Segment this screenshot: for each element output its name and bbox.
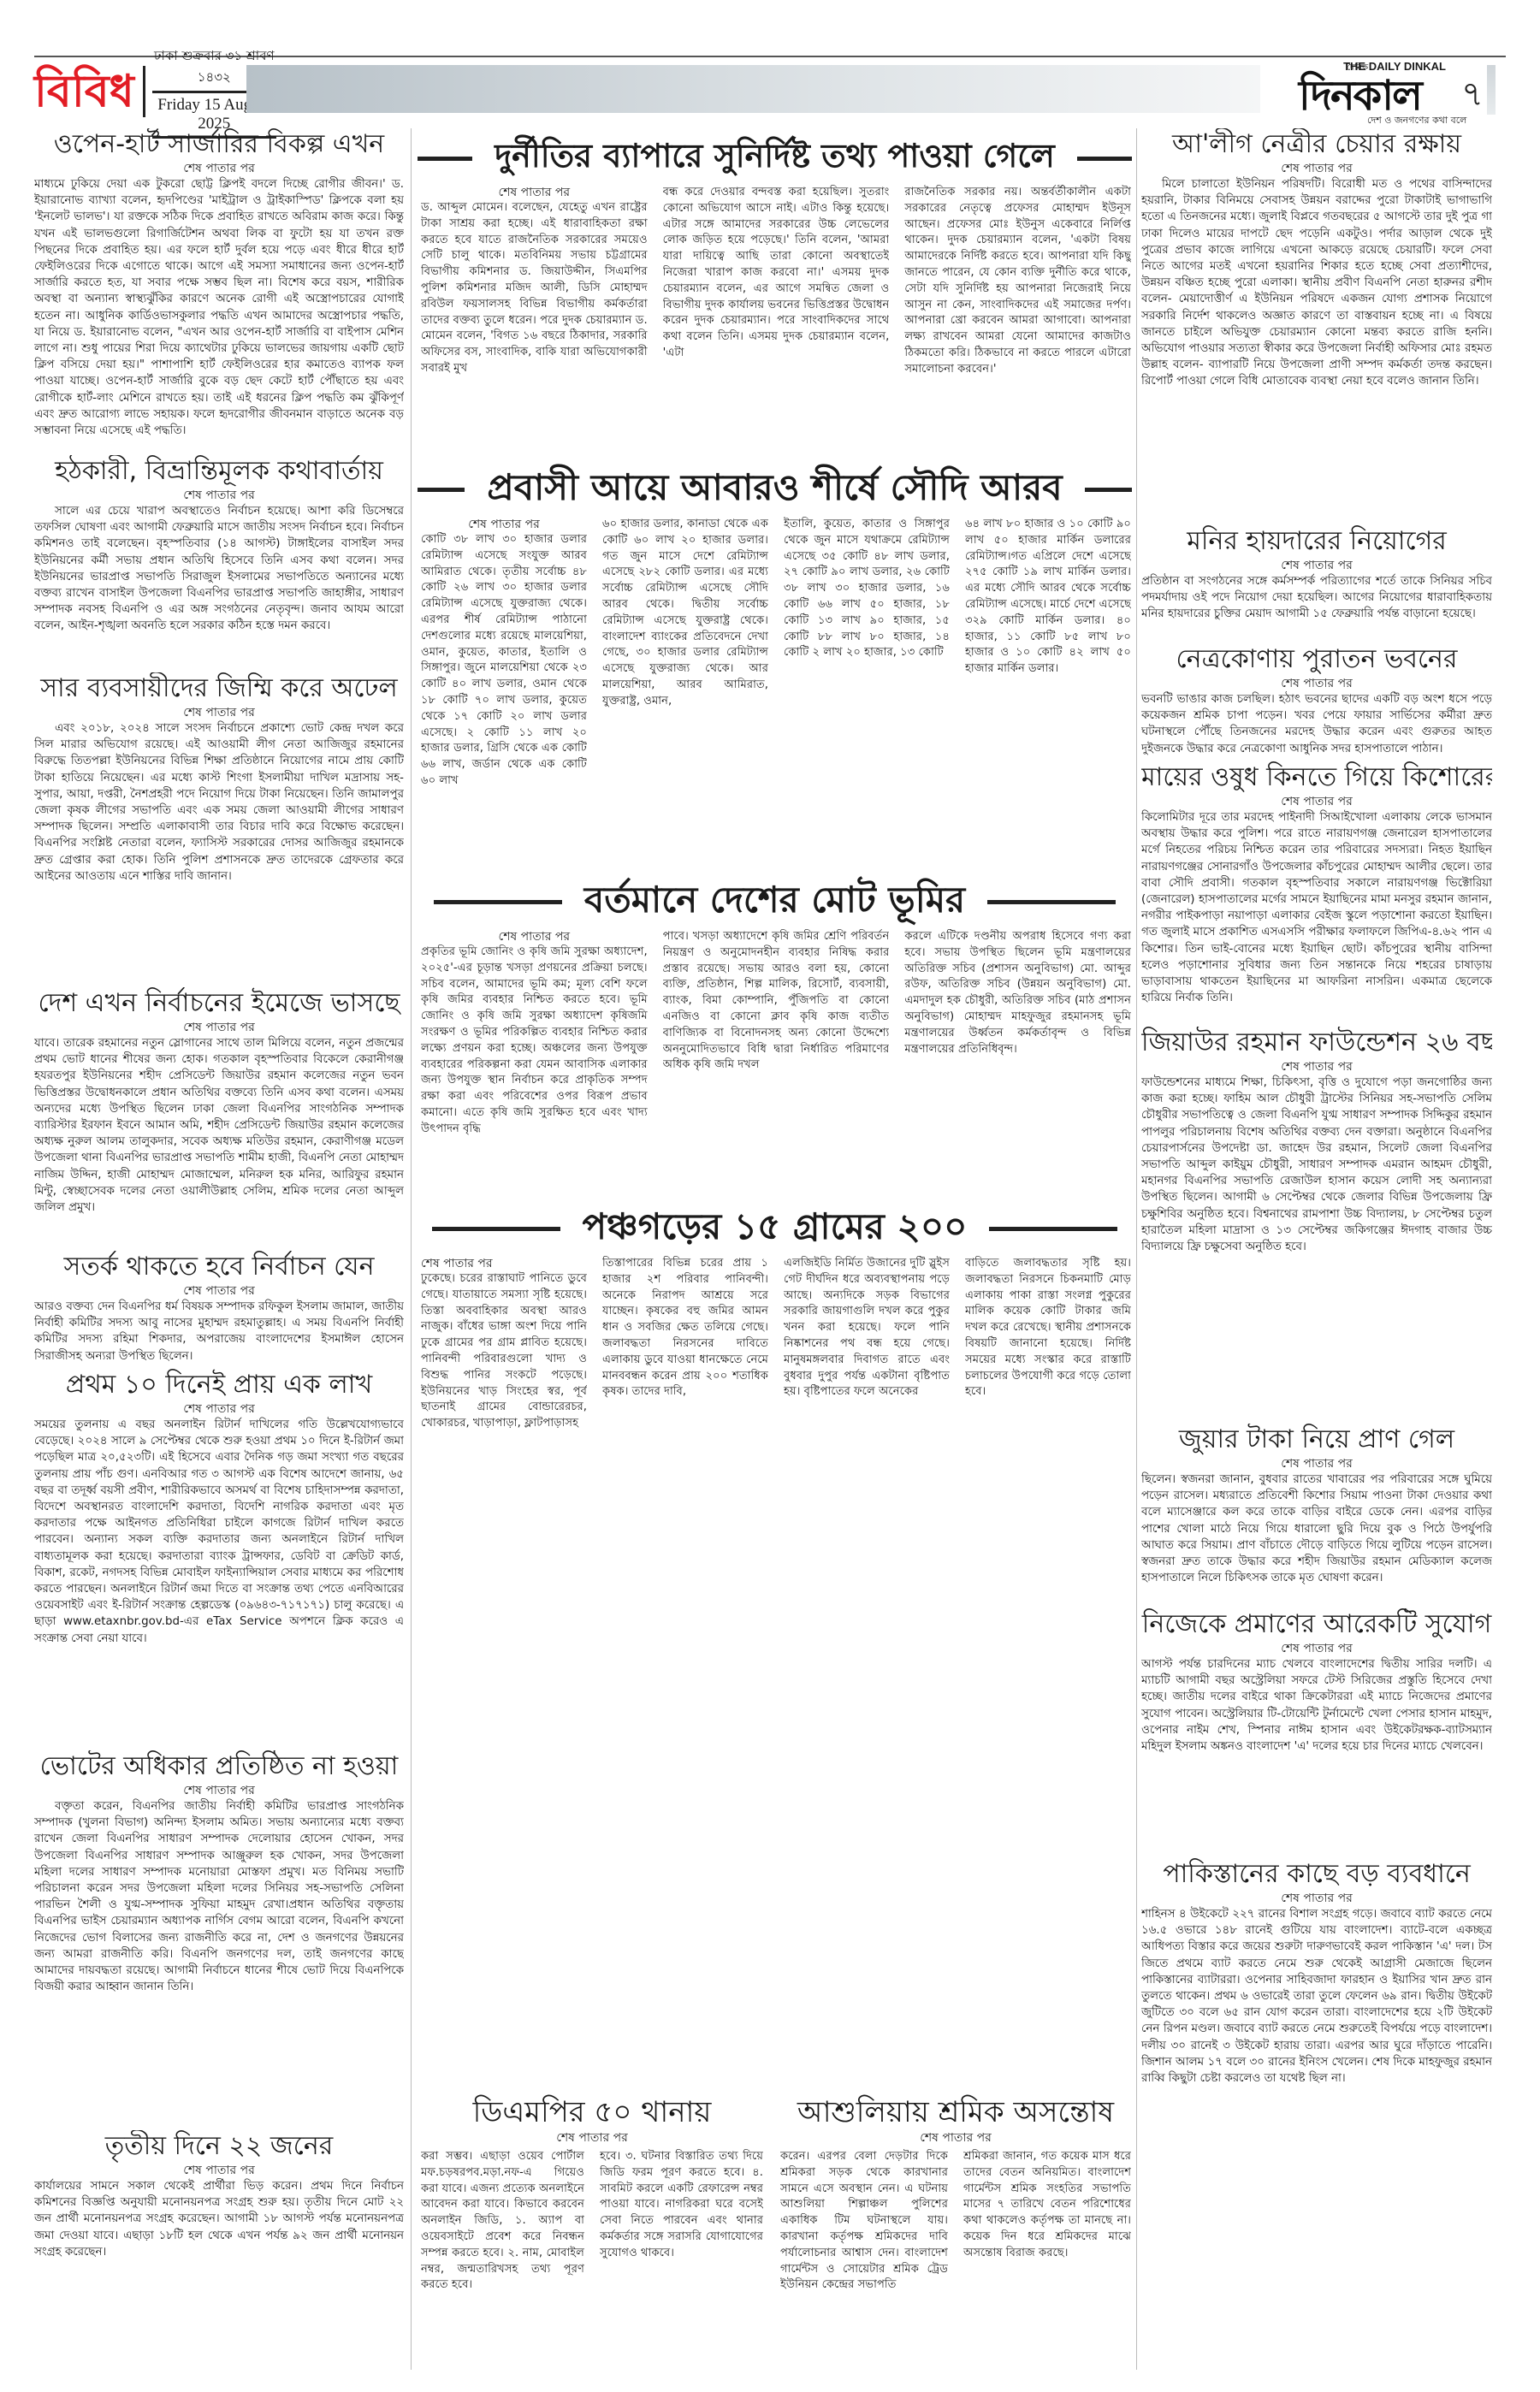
headline-panchagarh: পঞ্চগড়ের ১৫ গ্রামের ২০০ — [418, 1208, 1132, 1249]
continued-label: শেষ পাতার পর — [1141, 676, 1492, 691]
continued-label: শেষ পাতার পর — [780, 2130, 1131, 2146]
article-open-heart: ওপেন-হার্ট সার্জারির বিকল্প এখন শেষ পাতা… — [34, 128, 404, 452]
continued-label: শেষ পাতার পর — [1141, 1891, 1492, 1906]
rule — [434, 900, 562, 904]
continued-label: শেষ পাতার পর — [1141, 558, 1492, 573]
article-text: করা সম্ভব। এছাড়া ওয়েব পোর্টাল মফ.চড়ষর… — [421, 2149, 584, 2363]
newspaper-page: বিবিধ ঢাকা শুক্রবার ৩১ শ্রাবণ ১৪৩২ Frida… — [0, 0, 1540, 2392]
article-text: ড. আব্দুল মোমেন। বলেছেন, যেহেতু এখন রাষ্… — [421, 200, 648, 447]
headline: মায়ের ওষুধ কিনতে গিয়ে কিশোরের — [1141, 761, 1492, 794]
article-third-day: তৃতীয় দিনে ২২ জনের শেষ পাতার পর কার্যাল… — [34, 2130, 404, 2294]
article-first-10-days: প্রথম ১০ দিনেই প্রায় এক লাখ শেষ পাতার প… — [34, 1369, 404, 1747]
rule — [987, 900, 1116, 904]
article-column: শেষ পাতার পর প্রকৃতির ভূমি জোনিং ও কৃষি … — [421, 929, 648, 1194]
headline: ভোটের অধিকার প্রতিষ্ঠিত না হওয়া — [34, 1750, 404, 1783]
article-text: বাড়িতে জলাবদ্ধতার সৃষ্টি হয়। জলাবদ্ধতা… — [965, 1256, 1131, 2086]
article-body: সময়ের তুলনায় এ বছর অনলাইন রিটার্ন দাখি… — [34, 1417, 404, 1747]
headline: প্রবাসী আয়ে আবারও শীর্ষে সৌদি আরব — [465, 459, 1084, 520]
headline: দুর্নীতির ব্যাপারে সুনির্দিষ্ট তথ্য পাওয… — [472, 131, 1077, 186]
continued-label: শেষ পাতার পর — [1141, 1641, 1492, 1656]
section-title: বিবিধ — [34, 66, 145, 117]
article-text: ইতালি, কুয়েত, কাতার ও সিঙ্গাপুর থেকে জু… — [784, 517, 950, 867]
article-panchagarh: শেষ পাতার পর ঢুকেছে। চরের রাস্তাঘাট পানি… — [421, 1256, 1131, 2086]
article-columns: করেন। এরপর বেলা দেড়টার দিকে শ্রমিকরা সড… — [780, 2149, 1131, 2363]
masthead-left: বিবিধ ঢাকা শুক্রবার ৩১ শ্রাবণ ১৪৩২ Frida… — [34, 62, 276, 121]
article-body: এবং ২০১৮, ২০২৪ সালে সংসদ নির্বাচনে প্রকা… — [34, 720, 404, 984]
article-be-alert: সতর্ক থাকতে হবে নির্বাচন যেন শেষ পাতার প… — [34, 1251, 404, 1365]
continued-label: শেষ পাতার পর — [34, 1401, 404, 1417]
article-ashulia: আশুলিয়ায় শ্রমিক অসন্তোষ শেষ পাতার পর ক… — [780, 2094, 1131, 2363]
article-gambling-death: জুয়ার টাকা নিয়ে প্রাণ গেল শেষ পাতার পর… — [1141, 1424, 1492, 1605]
article-column: শেষ পাতার পর ঢুকেছে। চরের রাস্তাঘাট পানি… — [421, 1256, 587, 2086]
headline: আ'লীগ নেত্রীর চেয়ার রক্ষায় — [1141, 128, 1492, 161]
article-dmp: ডিএমপির ৫০ থানায় শেষ পাতার পর করা সম্ভব… — [421, 2094, 763, 2363]
headline: বর্তমানে দেশের মোট ভূমির — [562, 872, 987, 933]
article-teen-medicine: মায়ের ওষুধ কিনতে গিয়ে কিশোরের শেষ পাতা… — [1141, 761, 1492, 1023]
continued-label: শেষ পাতার পর — [1141, 794, 1492, 809]
headline: দেশ এখন নির্বাচনের ইমেজে ভাসছে — [34, 987, 404, 1020]
headline: জিয়াউর রহমান ফাউন্ডেশন ২৬ বছর — [1141, 1027, 1492, 1059]
article-reckless-talk: হঠকারী, বিভ্রান্তিমূলক কথাবার্তায় শেষ প… — [34, 455, 404, 669]
article-body: ফাউন্ডেশনের মাধ্যমে শিক্ষা, চিকিৎসা, বৃত… — [1141, 1075, 1492, 1420]
brand-tagline: দেশ ও জনগণের কথা বলে — [1367, 113, 1466, 129]
article-text: করেন। এরপর বেলা দেড়টার দিকে শ্রমিকরা সড… — [780, 2149, 948, 2363]
article-body: কার্যালয়ের সামনে সকাল থেকেই প্রার্থীরা … — [34, 2178, 404, 2294]
continued-label: শেষ পাতার পর — [1141, 1059, 1492, 1075]
continued-label: শেষ পাতার পর — [34, 1283, 404, 1299]
article-corruption: শেষ পাতার পর ড. আব্দুল মোমেন। বলেছেন, যে… — [421, 185, 1131, 450]
article-column: শেষ পাতার পর কোটি ৩৮ লাখ ৩০ হাজার ডলার র… — [421, 517, 587, 867]
rule — [1085, 488, 1132, 492]
rule — [989, 1227, 1117, 1231]
article-column: শেষ পাতার পর ড. আব্দুল মোমেন। বলেছেন, যে… — [421, 185, 648, 450]
continued-label: শেষ পাতার পর — [34, 1783, 404, 1798]
article-text: এলজিইডি নির্মিত উজানের দুটি স্লুইস গেট দ… — [784, 1256, 950, 2086]
page-number: ৭ — [1461, 67, 1484, 124]
rule — [418, 157, 472, 161]
continued-label: শেষ পাতার পর — [421, 929, 648, 944]
article-columns: করা সম্ভব। এছাড়া ওয়েব পোর্টাল মফ.চড়ষর… — [421, 2149, 763, 2363]
article-body: প্রতিষ্ঠান বা সংগঠনের সঙ্গে কর্মসম্পর্ক … — [1141, 573, 1492, 640]
headline-remittance: প্রবাসী আয়ে আবারও শীর্ষে সৌদি আরব — [418, 469, 1132, 510]
article-body: মাধ্যমে ঢুকিয়ে দেয়া এক টুকরো ছোট্ট ক্ল… — [34, 176, 404, 452]
continued-label: শেষ পাতার পর — [1141, 161, 1492, 176]
headline: তৃতীয় দিনে ২২ জনের — [34, 2130, 404, 2163]
continued-label: শেষ পাতার পর — [34, 1020, 404, 1035]
rule — [1077, 157, 1132, 161]
article-text: ৬৪ লাখ ৮০ হাজার ও ১০ কোটি ৯০ লাখ ৫০ হাজা… — [965, 517, 1131, 867]
article-netrokona-building: নেত্রকোণায় পুরাতন ভবনের শেষ পাতার পর ভব… — [1141, 643, 1492, 758]
article-land: শেষ পাতার পর প্রকৃতির ভূমি জোনিং ও কৃষি … — [421, 929, 1131, 1194]
rule — [418, 488, 465, 492]
continued-label: শেষ পাতার পর — [34, 705, 404, 720]
article-text: বন্ধ করে দেওয়ার বন্দবস্ত করা হয়েছিল। স… — [663, 185, 890, 450]
continued-label: শেষ পাতার পর — [34, 2163, 404, 2178]
article-body: সালে এর চেয়ে খারাপ অবস্থাতেও নির্বাচন হ… — [34, 503, 404, 669]
rule — [432, 1227, 560, 1231]
headline: হঠকারী, বিভ্রান্তিমূলক কথাবার্তায় — [34, 455, 404, 488]
continued-label: শেষ পাতার পর — [34, 488, 404, 503]
headline: প্রথম ১০ দিনেই প্রায় এক লাখ — [34, 1369, 404, 1401]
article-body: কিলোমিটার দূরে তার মরদেহ পাইনাদী সিআইখোল… — [1141, 809, 1492, 1023]
article-zia-foundation: জিয়াউর রহমান ফাউন্ডেশন ২৬ বছর শেষ পাতার… — [1141, 1027, 1492, 1420]
article-al-leader-chair: আ'লীগ নেত্রীর চেয়ার রক্ষায় শেষ পাতার প… — [1141, 128, 1492, 522]
headline: নিজেকে প্রমাণের আরেকটি সুযোগ — [1141, 1608, 1492, 1641]
continued-label: শেষ পাতার পর — [421, 185, 648, 200]
continued-label: শেষ পাতার পর — [421, 2130, 763, 2146]
headline-corruption: দুর্নীতির ব্যাপারে সুনির্দিষ্ট তথ্য পাওয… — [418, 140, 1132, 176]
article-fertilizer-traders: সার ব্যবসায়ীদের জিম্মি করে অঢেল শেষ পাত… — [34, 672, 404, 984]
article-body: যাবে। তারেক রহমানের নতুন স্লোগানের সাথে … — [34, 1035, 404, 1247]
continued-label: শেষ পাতার পর — [1141, 1456, 1492, 1471]
continued-label: শেষ পাতার পর — [421, 1256, 587, 1271]
article-voting-rights: ভোটের অধিকার প্রতিষ্ঠিত না হওয়া শেষ পাত… — [34, 1750, 404, 2127]
column-divider — [411, 128, 412, 2370]
article-text: হবে। ৩. ঘটনার বিস্তারিত তথ্য দিয়ে জিডি … — [600, 2149, 763, 2363]
continued-label: শেষ পাতার পর — [34, 161, 404, 176]
article-text: করলে এটিকে দণ্ডনীয় অপরাধ হিসেবে গণ্য কর… — [904, 929, 1131, 1194]
headline: মনির হায়দারের নিয়োগের — [1141, 525, 1492, 558]
article-text: ঢুকেছে। চরের রাস্তাঘাট পানিতে ডুবে গেছে।… — [421, 1271, 587, 2082]
article-body: আগস্ট পর্যন্ত চারদিনের ম্যাচ খেলবে বাংলা… — [1141, 1656, 1492, 1855]
article-body: মিলে চালাতো ইউনিয়ন পরিষদটি। বিরোধী মত ও… — [1141, 176, 1492, 522]
headline: পাকিস্তানের কাছে বড় ব্যবধানে — [1141, 1858, 1492, 1891]
article-body: বক্তৃতা করেন, বিএনপির জাতীয় নির্বাহী কম… — [34, 1798, 404, 2127]
right-column: আ'লীগ নেত্রীর চেয়ার রক্ষায় শেষ পাতার প… — [1141, 128, 1492, 2370]
headline: সতর্ক থাকতে হবে নির্বাচন যেন — [34, 1251, 404, 1283]
article-body: আরও বক্তব্য দেন বিএনপির ধর্ম বিষয়ক সম্প… — [34, 1299, 404, 1365]
article-monir-haider: মনির হায়দারের নিয়োগের শেষ পাতার পর প্র… — [1141, 525, 1492, 640]
headline-land: বর্তমানে দেশের মোট ভূমির — [418, 881, 1132, 922]
article-text: কোটি ৩৮ লাখ ৩০ হাজার ডলার রেমিট্যান্স এস… — [421, 532, 587, 864]
article-remittance: শেষ পাতার পর কোটি ৩৮ লাখ ৩০ হাজার ডলার র… — [421, 517, 1131, 867]
article-text: পাবে। খসড়া অধ্যাদেশে কৃষি জমির শ্রেণি প… — [663, 929, 890, 1194]
article-pakistan-margin: পাকিস্তানের কাছে বড় ব্যবধানে শেষ পাতার … — [1141, 1858, 1492, 2368]
article-text: ৬০ হাজার ডলার, কানাডা থেকে এক কোটি ৬০ লা… — [602, 517, 768, 867]
article-body: ছিলেন। স্বজনরা জানান, বুধবার রাতের খাবার… — [1141, 1471, 1492, 1605]
headline: সার ব্যবসায়ীদের জিম্মি করে অঢেল — [34, 672, 404, 705]
article-text: প্রকৃতির ভূমি জোনিং ও কৃষি জমি সুরক্ষা অ… — [421, 944, 648, 1191]
masthead-brand: দৈনিক THE DAILY DINKAL দিনকাল দেশ ও জনগণ… — [1265, 60, 1496, 128]
left-column: ওপেন-হার্ট সার্জারির বিকল্প এখন শেষ পাতা… — [34, 128, 404, 2370]
article-prove-opportunity: নিজেকে প্রমাণের আরেকটি সুযোগ শেষ পাতার প… — [1141, 1608, 1492, 1855]
article-election-image: দেশ এখন নির্বাচনের ইমেজে ভাসছে শেষ পাতার… — [34, 987, 404, 1247]
headline: আশুলিয়ায় শ্রমিক অসন্তোষ — [780, 2094, 1131, 2130]
continued-label: শেষ পাতার পর — [421, 517, 587, 532]
headline: নেত্রকোণায় পুরাতন ভবনের — [1141, 643, 1492, 676]
headline: জুয়ার টাকা নিয়ে প্রাণ গেল — [1141, 1424, 1492, 1456]
headline: ডিএমপির ৫০ থানায় — [421, 2094, 763, 2130]
article-text: শ্রমিকরা জানান, গত কয়েক মাস ধরে তাদের ব… — [963, 2149, 1131, 2363]
page-number-band — [1487, 65, 1496, 115]
article-text: তিস্তাপারের বিভিন্ন চরের প্রায় ১ হাজার … — [602, 1256, 768, 2086]
article-text: রাজনৈতিক সরকার নয়। অন্তর্বর্তীকালীন একট… — [904, 185, 1131, 450]
article-body: শাহিনস ৪ উইকেটে ২২৭ রানের বিশাল সংগ্রহ গ… — [1141, 1906, 1492, 2368]
column-divider — [1136, 128, 1137, 2370]
article-body: ভবনটি ভাঙার কাজ চলছিল। হঠাৎ ভবনের ছাদের … — [1141, 691, 1492, 758]
headline: ওপেন-হার্ট সার্জারির বিকল্প এখন — [34, 128, 404, 161]
headline: পঞ্চগড়ের ১৫ গ্রামের ২০০ — [560, 1199, 990, 1259]
header-band — [246, 65, 1260, 113]
